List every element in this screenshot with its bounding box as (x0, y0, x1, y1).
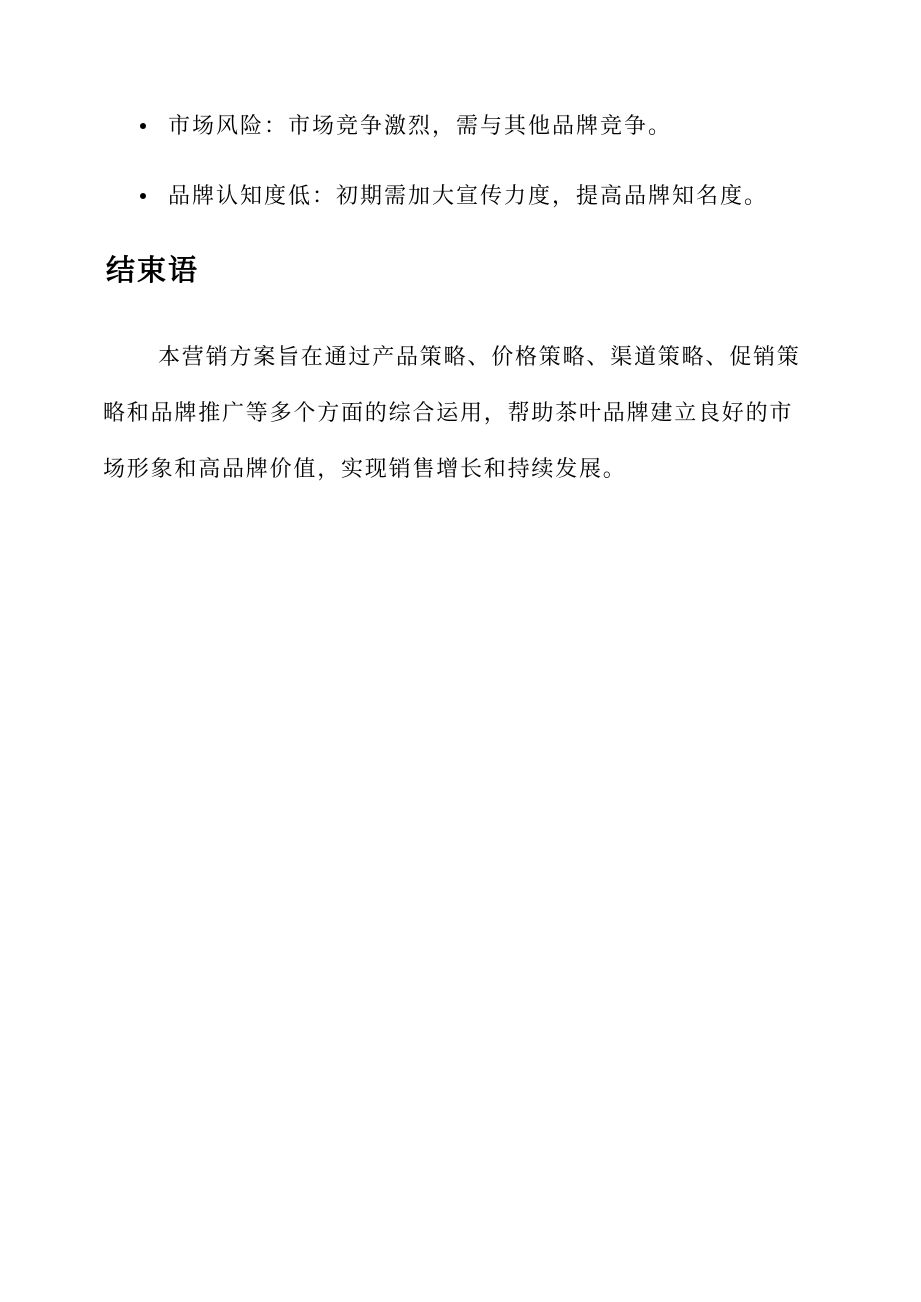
paragraph-line: 略和品牌推广等多个方面的综合运用，帮助茶叶品牌建立良好的市 (103, 385, 821, 441)
paragraph-line: 本营销方案旨在通过产品策略、价格策略、渠道策略、促销策 (103, 329, 821, 385)
bullet-icon (140, 123, 146, 129)
paragraph: 本营销方案旨在通过产品策略、价格策略、渠道策略、促销策 略和品牌推广等多个方面的… (103, 329, 821, 497)
bullet-text: 品牌认知度低：初期需加大宣传力度，提高品牌知名度。 (168, 183, 768, 208)
list-item: 市场风险：市场竞争激烈，需与其他品牌竞争。 (103, 114, 821, 138)
bullet-text: 市场风险：市场竞争激烈，需与其他品牌竞争。 (168, 113, 672, 138)
document-page: 市场风险：市场竞争激烈，需与其他品牌竞争。 品牌认知度低：初期需加大宣传力度，提… (0, 0, 921, 1302)
bullet-icon (140, 193, 146, 199)
list-item: 品牌认知度低：初期需加大宣传力度，提高品牌知名度。 (103, 184, 821, 208)
paragraph-line: 场形象和高品牌价值，实现销售增长和持续发展。 (103, 441, 821, 497)
bullet-list: 市场风险：市场竞争激烈，需与其他品牌竞争。 品牌认知度低：初期需加大宣传力度，提… (103, 114, 821, 208)
section-heading: 结束语 (106, 256, 821, 286)
